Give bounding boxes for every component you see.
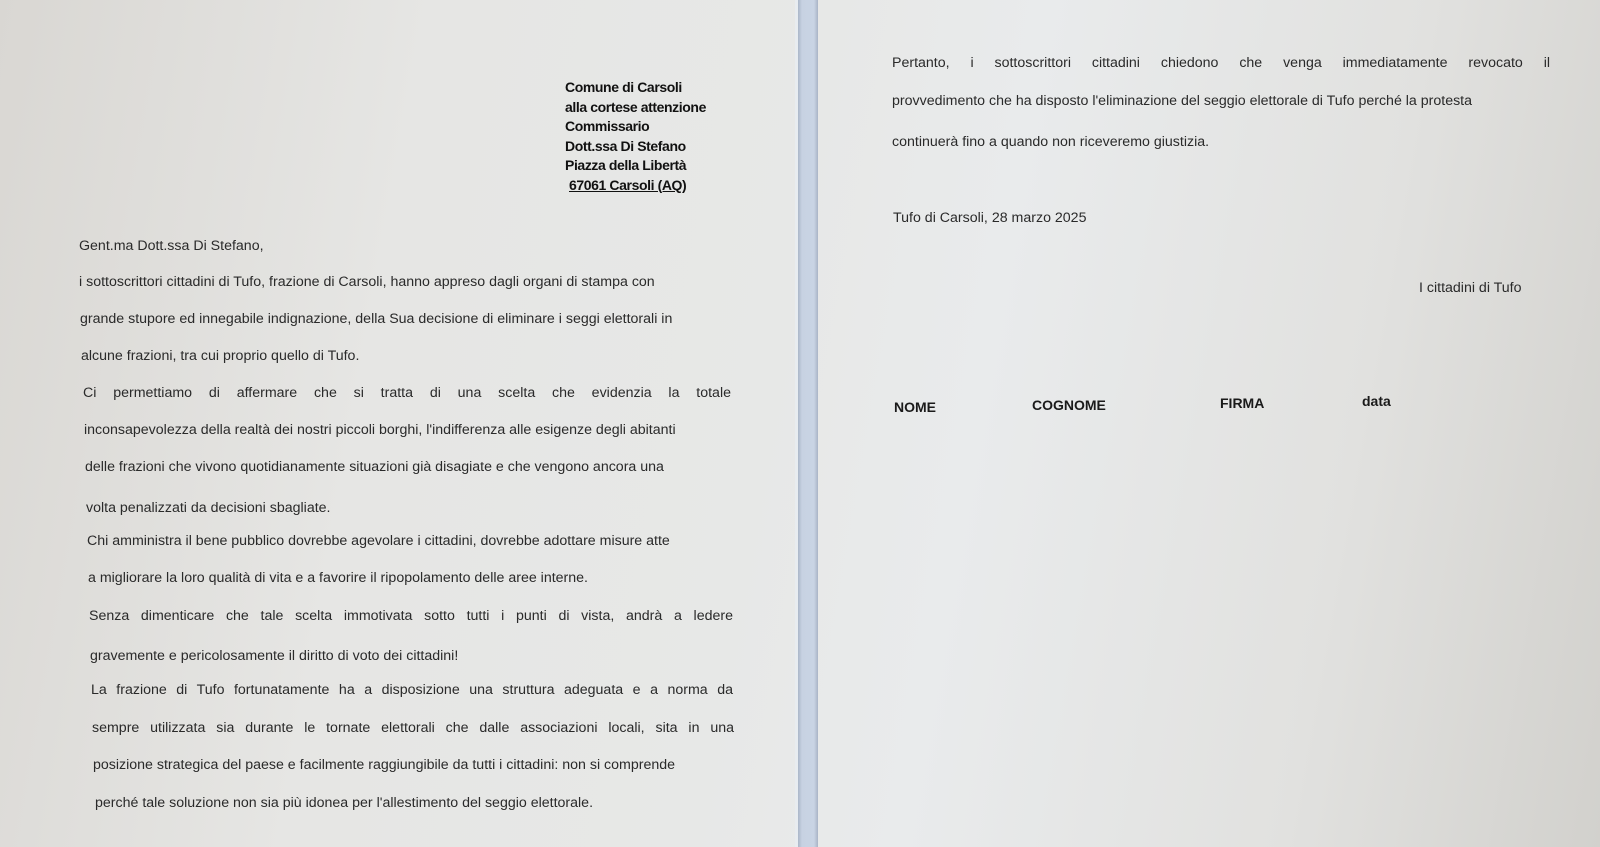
body-line: alcune frazioni, tra cui proprio quello … — [81, 348, 359, 364]
document-page-left: Comune di Carsoli alla cortese attenzion… — [0, 0, 800, 847]
recipient-line: Commissario — [565, 117, 706, 137]
signature-line: I cittadini di Tufo — [1419, 280, 1522, 296]
column-header-firma: FIRMA — [1220, 395, 1264, 411]
salutation: Gent.ma Dott.ssa Di Stefano, — [79, 238, 264, 254]
column-header-nome: NOME — [894, 399, 936, 415]
page-divider — [798, 0, 818, 847]
body-line: sempre utilizzata sia durante le tornate… — [92, 720, 734, 736]
body-line: Senza dimenticare che tale scelta immoti… — [89, 608, 733, 624]
body-line: Ci permettiamo di affermare che si tratt… — [83, 385, 731, 401]
body-line: perché tale soluzione non sia più idonea… — [95, 795, 593, 811]
body-line: inconsapevolezza della realtà dei nostri… — [84, 422, 676, 438]
recipient-line: Dott.ssa Di Stefano — [565, 137, 706, 157]
body-line: gravemente e pericolosamente il diritto … — [90, 648, 458, 664]
recipient-line: alla cortese attenzione — [565, 98, 706, 118]
body-line: Chi amministra il bene pubblico dovrebbe… — [87, 533, 670, 549]
recipient-address-block: Comune di Carsoli alla cortese attenzion… — [565, 78, 706, 195]
body-line: continuerà fino a quando non riceveremo … — [892, 134, 1209, 150]
body-line: La frazione di Tufo fortunatamente ha a … — [91, 682, 733, 698]
recipient-line: Piazza della Libertà — [565, 156, 706, 176]
body-line: provvedimento che ha disposto l'eliminaz… — [892, 93, 1472, 109]
column-header-data: data — [1362, 393, 1391, 409]
document-page-right: Pertanto, i sottoscrittori cittadini chi… — [830, 0, 1600, 847]
body-line: Pertanto, i sottoscrittori cittadini chi… — [892, 55, 1550, 71]
body-line: volta penalizzati da decisioni sbagliate… — [86, 500, 331, 516]
recipient-line: Comune di Carsoli — [565, 78, 706, 98]
recipient-line-postal: 67061 Carsoli (AQ) — [569, 176, 706, 196]
column-header-cognome: COGNOME — [1032, 397, 1106, 413]
body-line: posizione strategica del paese e facilme… — [93, 757, 675, 773]
body-line: grande stupore ed innegabile indignazion… — [80, 311, 672, 327]
place-date: Tufo di Carsoli, 28 marzo 2025 — [893, 210, 1086, 226]
body-line: a migliorare la loro qualità di vita e a… — [88, 570, 588, 586]
body-line: i sottoscrittori cittadini di Tufo, fraz… — [79, 274, 655, 290]
body-line: delle frazioni che vivono quotidianament… — [85, 459, 664, 475]
